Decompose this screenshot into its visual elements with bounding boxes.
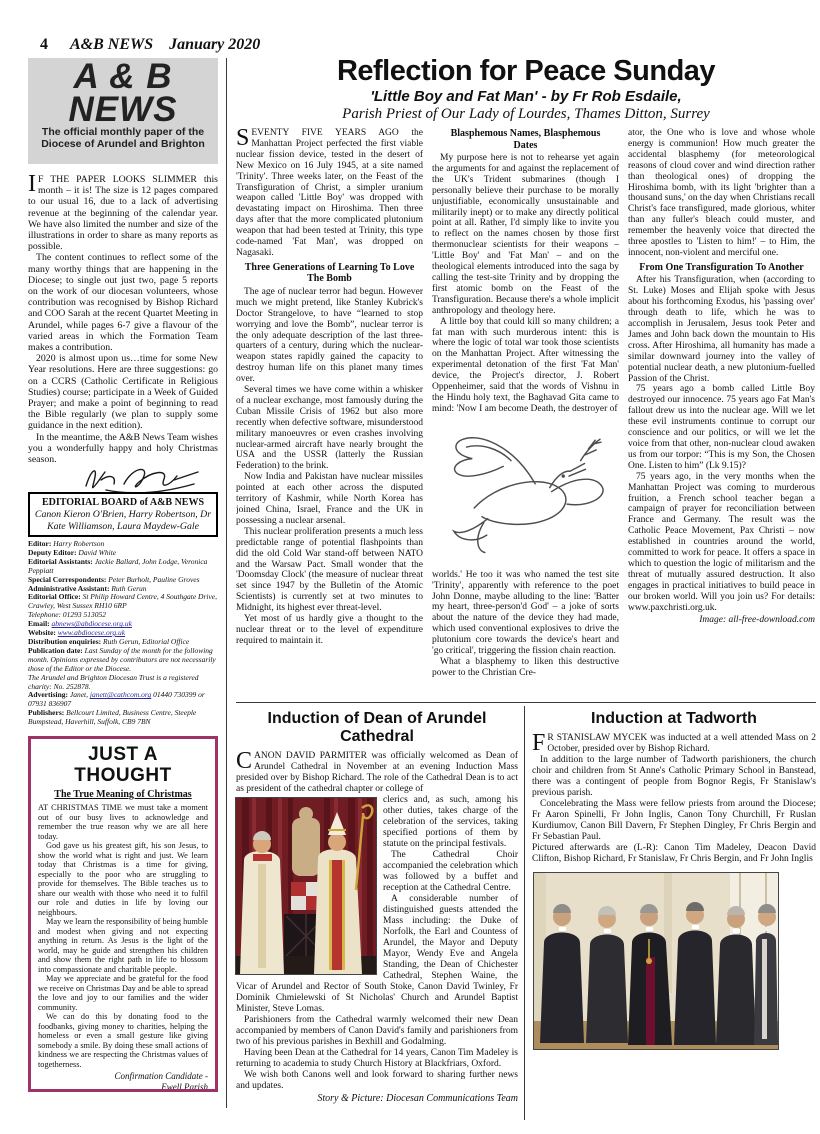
dean-paragraph: Having been Dean at the Cathedral for 14… [236,1048,518,1070]
logo-line2: NEWS [28,93,218,126]
article-subhead: From One Transfiguration To Another [636,262,807,274]
tadworth-photo-caption: Pictured afterwards are (L-R): Canon Tim… [532,843,816,865]
just-a-thought-box: JUST A THOUGHT The True Meaning of Chris… [28,736,218,1092]
thought-paragraph: May we learn the responsibility of being… [38,917,208,974]
editorial-intro: IF THE PAPER LOOKS SLIMMER this month – … [28,174,218,465]
tadworth-paragraph: FR STANISLAW MYCEK was inducted at a wel… [532,733,816,755]
thought-subtitle: The True Meaning of Christmas [38,789,208,801]
article-column-3: ator, the One who is love and whose whol… [628,128,815,704]
article-subhead: Three Generations of Learning To Love Th… [244,262,415,285]
issue-date: January 2020 [169,36,260,53]
intro-paragraph: The content continues to reflect some of… [28,252,218,353]
article-paragraph: This nuclear proliferation presents a mu… [236,527,423,614]
tadworth-paragraph: In addition to the large number of Tadwo… [532,755,816,799]
thought-paragraph: May we appreciate and be grateful for th… [38,974,208,1012]
peace-dove-illustration [443,418,608,568]
article-paragraph: 75 years ago, in the very months when th… [628,472,815,614]
tadworth-induction-article: Induction at Tadworth FR STANISLAW MYCEK… [532,710,816,1049]
detail-row: Editorial Office: St Philip Howard Centr… [28,593,218,611]
article-headline: Reflection for Peace Sunday [236,56,816,87]
dean-induction-article: Induction of Dean of Arundel Cathedral C… [236,710,518,1105]
article-column-1: SEVENTY FIVE YEARS AGO the Manhattan Pro… [236,128,423,704]
tadworth-paragraph: Concelebrating the Mass were fellow prie… [532,799,816,843]
thought-paragraph: AT CHRISTMAS TIME we must take a moment … [38,803,208,841]
article-byline: Parish Priest of Our Lady of Lourdes, Th… [236,106,816,123]
editorial-board-box: EDITORIAL BOARD of A&B NEWS Canon Kieron… [28,492,218,537]
logo-tagline: The official monthly paper of the [28,126,218,138]
bottom-column-divider [524,706,525,1120]
article-paragraph: Now India and Pakistan have nuclear miss… [236,472,423,527]
article-paragraph: Several times we have come within a whis… [236,385,423,472]
dean-article-headline: Induction of Dean of Arundel Cathedral [236,710,518,746]
logo-line1: A & B [28,60,218,93]
page-header: 4A&B NEWSJanuary 2020 [40,36,260,54]
detail-row: The Arundel and Brighton Diocesan Trust … [28,674,218,692]
logo-tagline: Diocese of Arundel and Brighton [28,138,218,150]
editorial-board-title: EDITORIAL BOARD of A&B NEWS [32,497,214,509]
dean-induction-photo [236,798,376,974]
dean-paragraph: Parishioners from the Cathedral warmly w… [236,1015,518,1048]
detail-row: Publication date: Last Sunday of the mon… [28,647,218,674]
article-paragraph: SEVENTY FIVE YEARS AGO the Manhattan Pro… [236,128,423,259]
tadworth-article-headline: Induction at Tadworth [532,710,816,728]
website-link[interactable]: www.abdiocese.org.uk [58,628,125,637]
detail-row: Advertising: Janet, janett@cathcom.org 0… [28,691,218,709]
article-column-2: Blasphemous Names, Blasphemous Dates My … [432,128,619,704]
tadworth-group-photo [534,873,778,1049]
article-paragraph: My purpose here is not to rehearse yet a… [432,153,619,317]
main-article: Reflection for Peace Sunday 'Little Boy … [236,56,816,704]
article-paragraph: What a blasphemy to liken this destructi… [432,657,619,679]
article-paragraph: Yet most of us hardly give a thought to … [236,614,423,647]
article-paragraph: ator, the One who is love and whose whol… [628,128,815,259]
article-subhead: Blasphemous Names, Blasphemous Dates [440,128,611,151]
article-paragraph: A little boy that could kill so many chi… [432,317,619,415]
image-credit: Image: all-free-download.com [628,615,815,626]
editor-signature [78,460,204,494]
article-columns: SEVENTY FIVE YEARS AGO the Manhattan Pro… [236,128,816,704]
article-paragraph: 75 years ago a bomb called Little Boy de… [628,384,815,471]
editorial-board-members: Canon Kieron O'Brien, Harry Robertson, D… [32,509,214,532]
dean-story-credit: Story & Picture: Diocesan Communications… [236,1093,518,1105]
intro-paragraph: IF THE PAPER LOOKS SLIMMER this month – … [28,174,218,252]
advertising-email-link[interactable]: janett@cathcom.org [90,690,151,699]
dean-paragraph: We wish both Canons well and look forwar… [236,1070,518,1092]
masthead-details: Editor: Harry Robertson Deputy Editor: D… [28,540,218,727]
column-divider [226,58,227,1108]
article-subtitle: 'Little Boy and Fat Man' - by Fr Rob Esd… [236,88,816,106]
thought-paragraph: We can do this by donating food to the f… [38,1012,208,1069]
thought-attribution: Confirmation Candidate - Ewell Parish [38,1071,208,1092]
thought-title: JUST A THOUGHT [38,744,208,786]
page-number: 4 [40,36,48,53]
dean-article-body: clerics and, as such, among his other du… [236,795,518,1105]
article-paragraph: The age of nuclear terror had begun. How… [236,287,423,385]
ab-news-logo: A & B NEWS The official monthly paper of… [28,58,218,164]
article-paragraph: worlds.' He too it was who named the tes… [432,570,619,657]
article-paragraph: After his Transfiguration, when (accordi… [628,275,815,384]
intro-paragraph: 2020 is almost upon us…time for some New… [28,353,218,431]
masthead-title: A&B NEWS [70,36,153,53]
detail-row: Editorial Assistants: Jackie Ballard, Jo… [28,558,218,576]
newspaper-page: 4A&B NEWSJanuary 2020 A & B NEWS The off… [0,0,820,1134]
email-link[interactable]: abnews@abdiocese.org.uk [52,619,132,628]
dean-paragraph: CANON DAVID PARMITER was officially welc… [236,751,518,795]
thought-paragraph: God gave us his greatest gift, his son J… [38,841,208,917]
detail-row: Publishers: Bellcourt Limited, Business … [28,709,218,727]
